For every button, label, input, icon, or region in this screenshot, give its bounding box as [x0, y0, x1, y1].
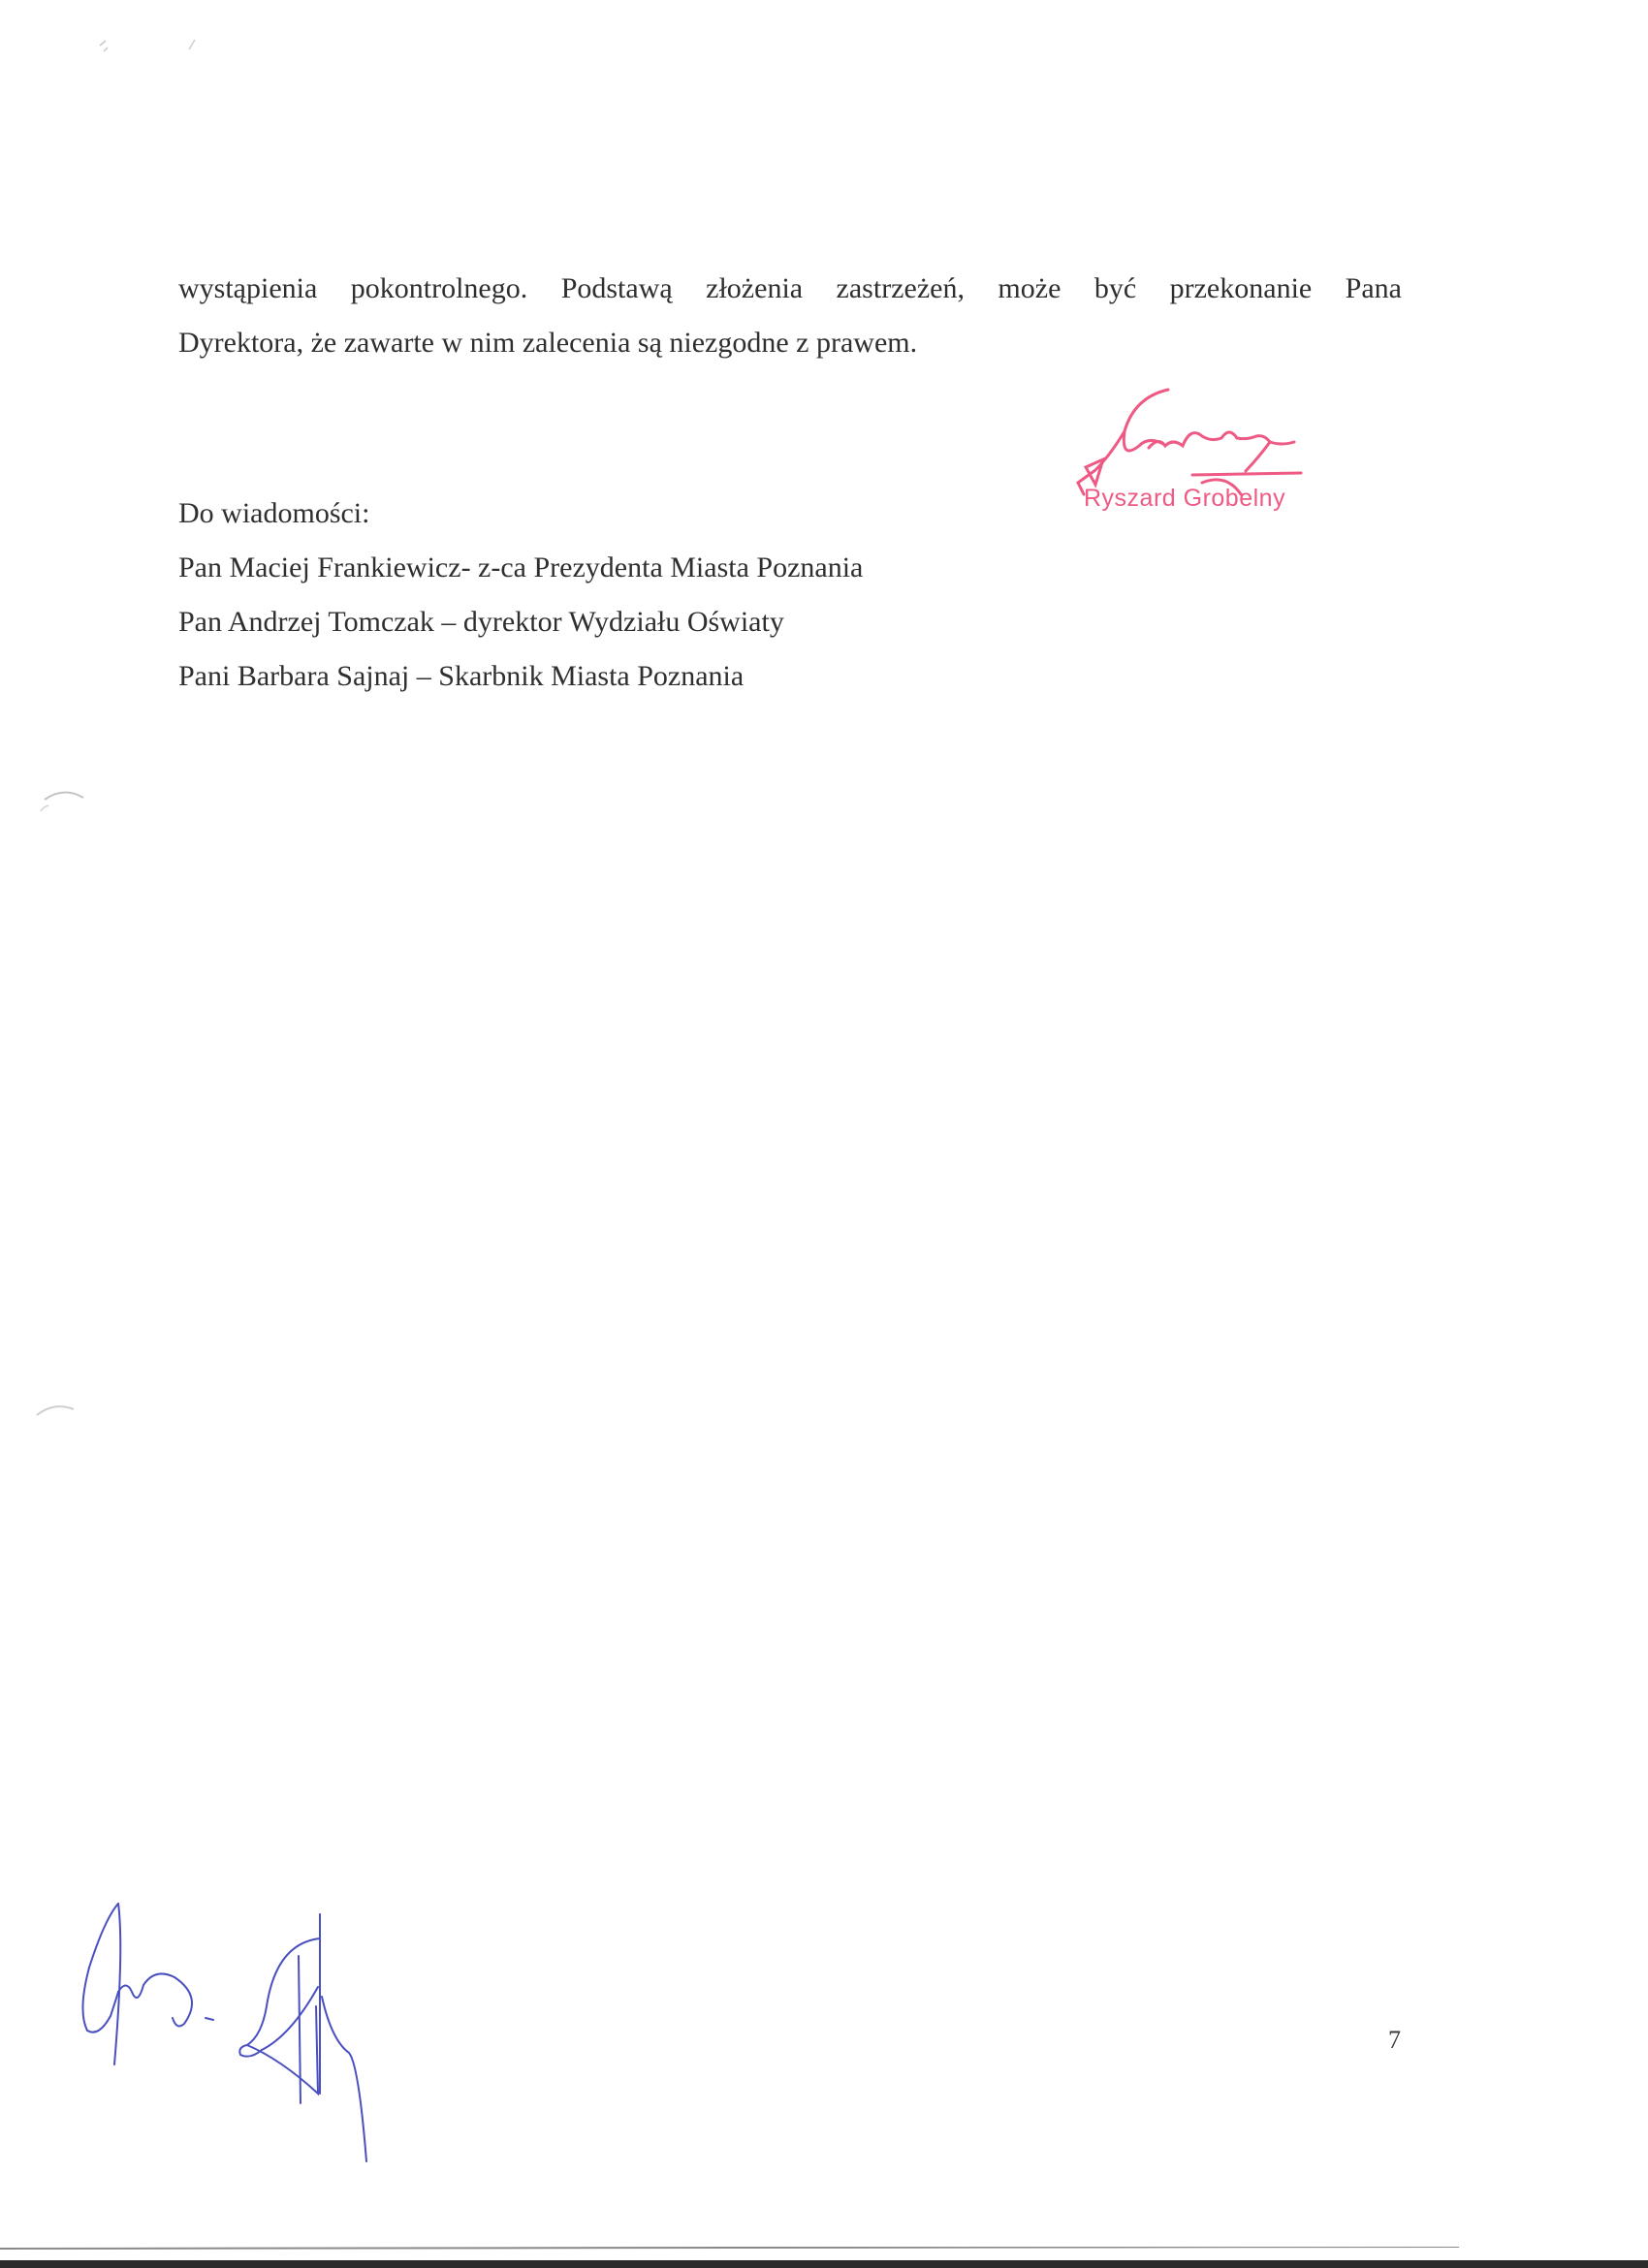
- cc-recipient: Pani Barbara Sajnaj – Skarbnik Miasta Po…: [178, 649, 863, 704]
- cc-list: Do wiadomości: Pan Maciej Frankiewicz- z…: [178, 487, 863, 704]
- cc-recipient: Pan Andrzej Tomczak – dyrektor Wydziału …: [178, 595, 863, 649]
- scan-bottom-edge: [0, 2247, 1648, 2268]
- signature-stamp: Ryszard Grobelny: [1057, 378, 1328, 523]
- paragraph-line: wystąpienia pokontrolnego. Podstawą złoż…: [178, 262, 1402, 316]
- cc-heading: Do wiadomości:: [178, 487, 863, 541]
- scan-mark-top-left: [92, 34, 208, 63]
- page-number: 7: [1388, 2026, 1401, 2055]
- paragraph-line: Dyrektora, że zawarte w nim zalecenia są…: [178, 316, 1402, 370]
- body-paragraph: wystąpienia pokontrolnego. Podstawą złoż…: [178, 262, 1402, 370]
- punch-hole-shadow: [29, 780, 87, 829]
- cc-recipient: Pan Maciej Frankiewicz- z-ca Prezydenta …: [178, 541, 863, 595]
- punch-hole-shadow: [29, 1396, 87, 1425]
- stamp-name: Ryszard Grobelny: [1084, 485, 1285, 513]
- document-page: wystąpienia pokontrolnego. Podstawą złoż…: [0, 0, 1648, 2268]
- handwritten-initials-icon: [58, 1890, 407, 2181]
